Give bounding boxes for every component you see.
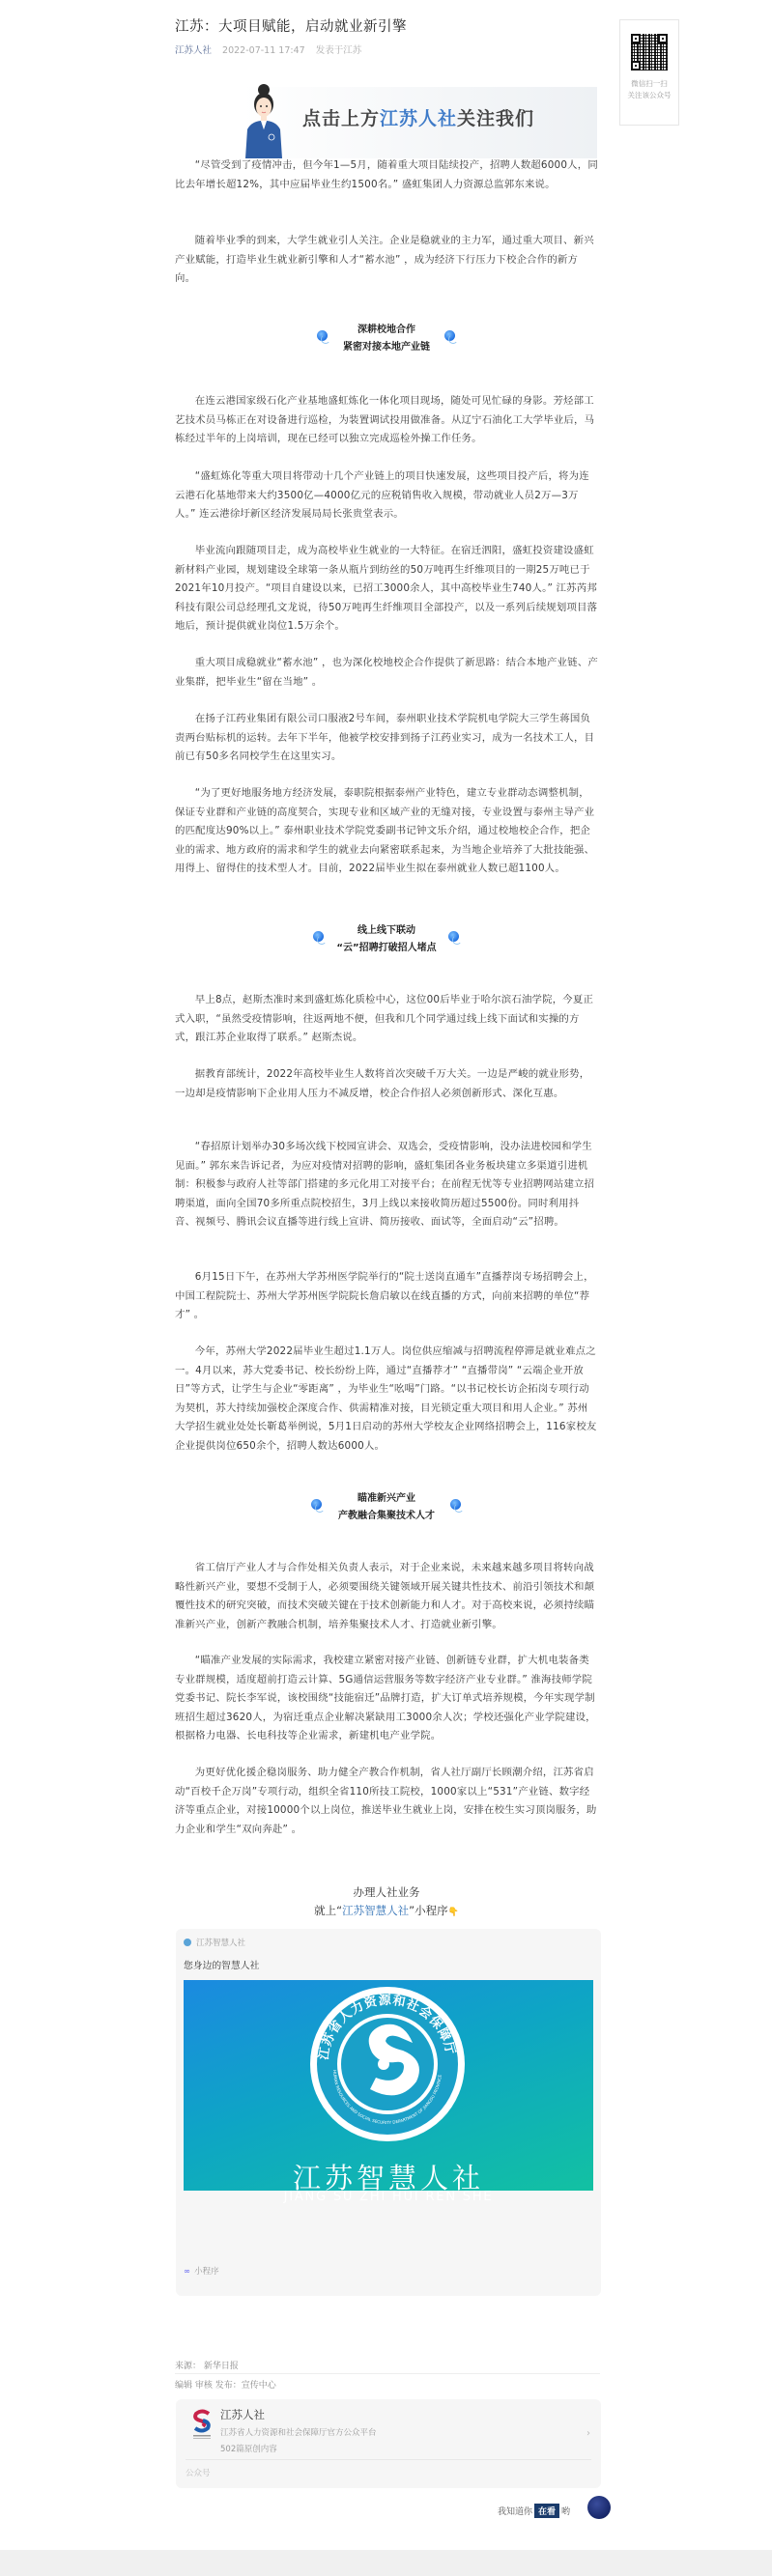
watching-tag: 在看 xyxy=(534,2504,559,2518)
mascot-girl-icon xyxy=(242,81,286,158)
paragraph: “盛虹炼化等重大项目将带动十几个产业链上的项目快速发展，这些项目投产后，将为连云… xyxy=(175,467,598,524)
bubble-icon xyxy=(450,1499,461,1510)
paragraph: 6月15日下午，在苏州大学苏州医学院举行的“院士送岗直通车”直播荐岗专场招聘会上… xyxy=(175,1268,598,1325)
mini-program-cover: 江苏省人力资源和社会保障厅 HUMAN RESOURCES AND SOCIAL… xyxy=(184,1980,593,2191)
bubble-icon xyxy=(311,1499,322,1510)
account-card[interactable]: 江苏人社 江苏省人力资源和社会保障厅官方公众平台 502篇原创内容 › 公众号 xyxy=(176,2399,601,2488)
watching-button[interactable]: 我知道你在看哟 xyxy=(498,2504,570,2518)
article-meta: 江苏人社 2022-07-11 17:47 发表于江苏 xyxy=(175,42,361,56)
account-link[interactable]: 江苏人社 xyxy=(175,45,212,56)
account-subtitle: 江苏省人力资源和社会保障厅官方公众平台 xyxy=(220,2426,377,2438)
section-heading: 线上线下联动 “云”招聘打破招人堵点 xyxy=(175,922,598,957)
publish-location: 发表于江苏 xyxy=(316,45,362,56)
mini-program-name: 江苏智慧人社 xyxy=(184,1937,245,1948)
mini-program-icon: ∞ xyxy=(184,2267,190,2277)
account-name: 江苏人社 xyxy=(220,2407,265,2422)
section-heading: 瞄准新兴产业 产教融合集聚技术人才 xyxy=(175,1490,598,1525)
bubble-icon xyxy=(444,330,455,341)
brand-name-en: JIANG SU ZHI HUI REN SHE xyxy=(184,2190,593,2204)
paragraph: 为更好优化援企稳岗服务、助力健全产教合作机制，省人社厅副厅长顾潮介绍，江苏省启动… xyxy=(175,1764,598,1839)
paragraph: 毕业流向跟随项目走，成为高校毕业生就业的一大特征。在宿迁泗阳，盛虹投资建设盛虹新… xyxy=(175,542,598,637)
qr-code-icon xyxy=(631,34,668,71)
source-credit: 来源： 新华日报 xyxy=(175,2359,239,2371)
article-title: 江苏：大项目赋能，启动就业新引擎 xyxy=(175,15,407,36)
paragraph: 早上8点，赵斯杰准时来到盛虹炼化质检中心，这位00后毕业于哈尔滨石油学院，今夏正… xyxy=(175,991,598,1048)
chevron-right-icon: › xyxy=(586,2428,590,2439)
paragraph: “春招原计划举办30多场次线下校园宣讲会、双选会，受疫情影响，没办法进校园和学生… xyxy=(175,1138,598,1232)
mini-program-promo: 办理人社业务 就上“江苏智慧人社”小程序👇 xyxy=(175,1883,598,1922)
hrss-emblem-icon: 江苏省人力资源和社会保障厅 HUMAN RESOURCES AND SOCIAL… xyxy=(306,1985,469,2143)
mini-program-card[interactable]: 江苏智慧人社 您身边的智慧人社 江苏省人力资源和社会保障厅 HUMAN RESO… xyxy=(176,1929,601,2296)
original-count: 502篇原创内容 xyxy=(220,2443,277,2454)
paragraph: 在连云港国家级石化产业基地盛虹炼化一体化项目现场，随处可见忙碌的身影。芳烃部工艺… xyxy=(175,392,598,449)
divider xyxy=(175,2373,600,2374)
pointer-down-icon: 👇 xyxy=(448,1908,459,1917)
paragraph: 在扬子江药业集团有限公司口服液2号车间，泰州职业技术学院机电学院大三学生蒋国负责… xyxy=(175,710,598,767)
account-logo-icon xyxy=(191,2409,213,2440)
paragraph: 省工信厅产业人才与合作处相关负责人表示，对于企业来说，未来越来越多项目将转向战略… xyxy=(175,1559,598,1634)
qr-caption-1: 微信扫一扫 xyxy=(620,78,678,90)
qr-panel: 微信扫一扫 关注该公众号 xyxy=(619,19,679,126)
paragraph: 重大项目成稳就业“蓄水池” ，也为深化校地校企合作提供了新思路：结合本地产业链、… xyxy=(175,654,598,692)
section-heading: 深耕校地合作 紧密对接本地产业链 xyxy=(175,322,598,356)
bubble-icon xyxy=(448,931,459,942)
paragraph: 据教育部统计，2022年高校毕业生人数将首次突破千万大关。一边是严峻的就业形势，… xyxy=(175,1065,598,1103)
paragraph: 随着毕业季的到来，大学生就业引人关注。企业是稳就业的主力军，通过重大项目、新兴产… xyxy=(175,232,598,289)
paragraph: 今年，苏州大学2022届毕业生超过1.1万人。岗位供应缩减与招聘流程停滞是就业难… xyxy=(175,1343,598,1456)
bubble-icon xyxy=(317,330,328,341)
bubble-icon xyxy=(313,931,324,942)
paragraph: “尽管受到了疫情冲击，但今年1—5月，随着重大项目陆续投产，招聘人数超6000人… xyxy=(175,156,598,194)
footer-bar xyxy=(0,2550,772,2576)
mini-program-description: 您身边的智慧人社 xyxy=(184,1958,259,1971)
paragraph: “瞄准产业发展的实际需求，我校建立紧密对接产业链、创新链专业群，扩大机电装备类专… xyxy=(175,1652,598,1746)
planet-icon xyxy=(587,2496,611,2519)
publish-date: 2022-07-11 17:47 xyxy=(222,45,305,56)
follow-banner: 点击上方江苏人社关注我们 xyxy=(232,75,599,158)
follow-banner-text: 点击上方江苏人社关注我们 xyxy=(302,104,534,130)
account-type-label: 公众号 xyxy=(186,2467,211,2478)
app-logo-icon xyxy=(184,1939,191,1946)
mini-program-label: ∞小程序 xyxy=(184,2265,219,2277)
paragraph: “为了更好地服务地方经济发展，泰职院根据泰州产业特色，建立专业群动态调整机制，保… xyxy=(175,784,598,879)
editor-credit: 编辑 审核 发布：宣传中心 xyxy=(175,2378,276,2391)
qr-caption-2: 关注该公众号 xyxy=(620,90,678,101)
